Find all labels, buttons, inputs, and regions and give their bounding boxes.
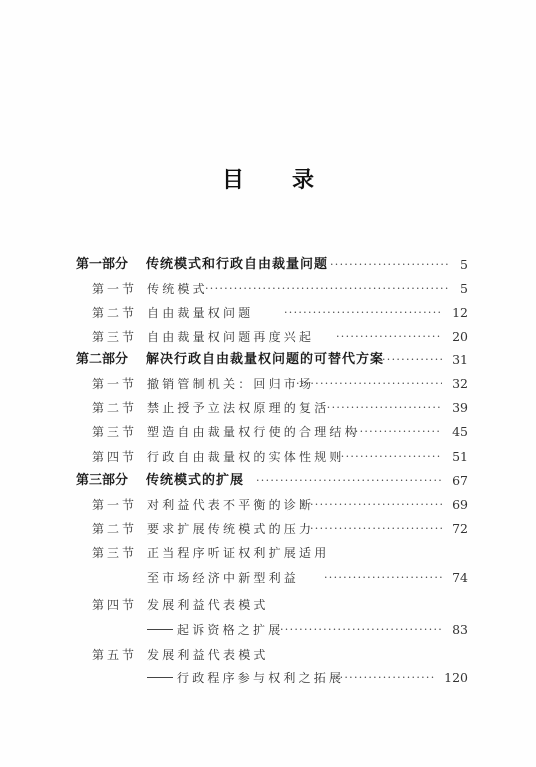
- toc-entry-title: 发展利益代表模式: [147, 594, 269, 616]
- toc-page-number: 39: [452, 397, 468, 419]
- dot-leader: ·································: [310, 494, 442, 516]
- toc-section-label: 第二节: [92, 397, 137, 419]
- toc-entry-section[interactable]: 第四节 发展利益代表模式: [0, 594, 536, 616]
- toc-page-number: 5: [460, 254, 468, 276]
- toc-entry-title-wrap: 行政程序参与权利之拓展: [147, 667, 344, 689]
- dot-leader: ··························: [330, 254, 448, 276]
- toc-entry-section[interactable]: 第二节 禁止授予立法权原理的复活 ·······················…: [0, 397, 536, 419]
- page-title-char-1: 目: [222, 163, 244, 194]
- toc-entry-title: 至市场经济中新型利益: [147, 567, 299, 589]
- toc-entry-title: 解决行政自由裁量权问题的可替代方案: [146, 349, 384, 371]
- toc-page-number: 20: [452, 326, 468, 348]
- toc-entry-title-wrap: 起诉资格之扩展: [147, 619, 283, 641]
- dot-leader: ····································: [296, 373, 442, 395]
- toc-section-label: 第一节: [92, 373, 137, 395]
- toc-page-number: 69: [452, 494, 468, 516]
- toc-section-label: 第三节: [92, 542, 137, 564]
- dot-leader: ··························: [336, 326, 442, 348]
- toc-page-number: 67: [452, 470, 468, 492]
- toc-page-number: 45: [452, 421, 468, 443]
- page-title-char-2: 录: [292, 163, 314, 194]
- toc-entry-section[interactable]: 第三节 塑造自由裁量权行使的合理结构 ·····················…: [0, 421, 536, 443]
- dot-leader: ·····························: [324, 567, 442, 589]
- toc-part-label: 第一部分: [76, 254, 128, 276]
- toc-entry-continuation[interactable]: 至市场经济中新型利益 ·····························…: [0, 567, 536, 589]
- toc-entry-part[interactable]: 第一部分 传统模式和行政自由裁量问题 ·····················…: [0, 254, 536, 276]
- toc-entry-title: 撤销管制机关：回归市场: [147, 373, 314, 395]
- toc-entry-section[interactable]: 第五节 发展利益代表模式: [0, 644, 536, 666]
- dot-leader: ········································: [280, 619, 442, 641]
- toc-entry-title: 发展利益代表模式: [147, 644, 269, 666]
- toc-section-label: 第二节: [92, 518, 137, 540]
- toc-page-number: 12: [452, 302, 468, 324]
- toc-entry-title: 传统模式和行政自由裁量问题: [146, 254, 328, 276]
- toc-entry-continuation[interactable]: 起诉资格之扩展 ································…: [0, 619, 536, 641]
- toc-entry-part[interactable]: 第二部分 解决行政自由裁量权问题的可替代方案 ··············· 3…: [0, 349, 536, 371]
- toc-entry-title: 起诉资格之扩展: [177, 623, 283, 637]
- toc-section-label: 第二节: [92, 302, 137, 324]
- toc-entry-continuation[interactable]: 行政程序参与权利之拓展 ·························· 1…: [0, 667, 536, 689]
- toc-section-label: 第一节: [92, 494, 137, 516]
- dot-leader: ········································…: [205, 278, 448, 300]
- toc-page-number: 31: [452, 349, 468, 371]
- toc-entry-section[interactable]: 第一节 对利益代表不平衡的诊断 ························…: [0, 494, 536, 516]
- toc-entry-title: 行政程序参与权利之拓展: [177, 671, 344, 685]
- toc-entry-title: 传统模式: [147, 278, 208, 300]
- toc-section-label: 第五节: [92, 644, 137, 666]
- toc-entry-section[interactable]: 第二节 自由裁量权问题 ····························…: [0, 302, 536, 324]
- toc-entry-section[interactable]: 第二节 要求扩展传统模式的压力 ························…: [0, 518, 536, 540]
- dot-leader: ·······································: [284, 302, 442, 324]
- toc-entry-title: 禁止授予立法权原理的复活: [147, 397, 329, 419]
- toc-entry-part[interactable]: 第三部分 传统模式的扩展 ···························…: [0, 470, 536, 492]
- dot-leader: ··························: [336, 446, 442, 468]
- toc-entry-title: 塑造自由裁量权行使的合理结构: [147, 421, 360, 443]
- dot-leader: ·······················: [350, 421, 442, 443]
- dot-leader: ······························: [322, 397, 442, 419]
- dot-leader: ········································…: [256, 470, 442, 492]
- toc-page-number: 32: [452, 373, 468, 395]
- toc-section-label: 第四节: [92, 446, 137, 468]
- toc-page-number: 51: [452, 446, 468, 468]
- toc-section-label: 第三节: [92, 326, 137, 348]
- toc-entry-title: 传统模式的扩展: [146, 470, 244, 492]
- toc-entry-title: 行政自由裁量权的实体性规则: [147, 446, 345, 468]
- toc-entry-title: 正当程序听证权利扩展适用: [147, 542, 329, 564]
- toc-entry-title: 对利益代表不平衡的诊断: [147, 494, 314, 516]
- toc-page-number: 120: [444, 667, 468, 689]
- dot-leader: ··························: [330, 667, 436, 689]
- dot-leader: ·································: [310, 518, 442, 540]
- toc-part-label: 第三部分: [76, 470, 128, 492]
- toc-entry-section[interactable]: 第四节 行政自由裁量权的实体性规则 ······················…: [0, 446, 536, 468]
- dot-leader: ···············: [382, 349, 442, 371]
- em-dash: [147, 629, 173, 630]
- em-dash: [147, 677, 173, 678]
- toc-entry-title: 自由裁量权问题再度兴起: [147, 326, 314, 348]
- toc-part-label: 第二部分: [76, 349, 128, 371]
- toc-section-label: 第一节: [92, 278, 137, 300]
- toc-page-number: 72: [452, 518, 468, 540]
- toc-entry-section[interactable]: 第一节 传统模式 ·······························…: [0, 278, 536, 300]
- toc-section-label: 第四节: [92, 594, 137, 616]
- toc-entry-section[interactable]: 第三节 自由裁量权问题再度兴起 ························…: [0, 326, 536, 348]
- toc-entry-title: 要求扩展传统模式的压力: [147, 518, 314, 540]
- toc-page-number: 5: [460, 278, 468, 300]
- toc-entry-section[interactable]: 第一节 撤销管制机关：回归市场 ························…: [0, 373, 536, 395]
- toc-page-number: 83: [452, 619, 468, 641]
- toc-entry-title: 自由裁量权问题: [147, 302, 253, 324]
- toc-entry-section[interactable]: 第三节 正当程序听证权利扩展适用: [0, 542, 536, 564]
- document-page: 目录 第一部分 传统模式和行政自由裁量问题 ··················…: [0, 0, 536, 767]
- toc-section-label: 第三节: [92, 421, 137, 443]
- page-title: 目录: [0, 163, 536, 194]
- toc-page-number: 74: [452, 567, 468, 589]
